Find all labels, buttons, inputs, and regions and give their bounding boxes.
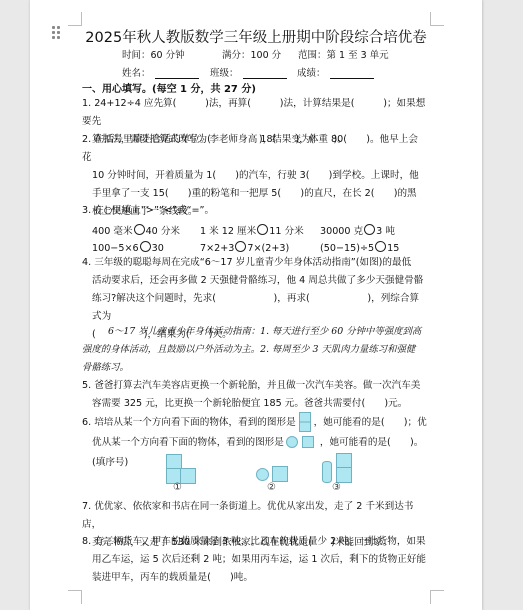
name-blank[interactable]: [155, 68, 199, 79]
compare-item-2: 1 米 12 厘米11 分米: [200, 223, 304, 237]
question-5-line-2: 容需要 325 元，比更换一个新轮胎便宜 185 元。爸爸共需要付( )元。: [82, 395, 427, 413]
question-6-line-2b: ，她可能看的是( )。: [320, 437, 423, 448]
compare-circle[interactable]: [257, 224, 268, 235]
question-4-line-1: 4. 三年级的聪聪每周在完成“6～17 岁儿童青少年身体活动指南”(如图)的最低: [82, 257, 411, 268]
name-label: 姓名：: [122, 68, 151, 79]
stacked-squares-view-icon: [299, 412, 311, 432]
question-8: 8. 有三辆货车，甲车的载质量是 3 吨，比乙车的载质量少 2 吨。一批货物，如…: [82, 533, 427, 587]
corner-mark-bottom-left: [68, 590, 82, 604]
compare-circle[interactable]: [235, 241, 246, 252]
figure-label-2: ②: [267, 482, 276, 493]
figure-3-cylinder-cubes-icon: [322, 453, 356, 485]
question-2-line-1: 2. 在括号里填上合适的单位。李老师身高 18( )，体重 80( )。他早上会…: [82, 134, 418, 163]
question-1-line-1: 1. 24+12÷4 应先算( )法，再算( )法，计算结果是( )；如果想要先: [82, 98, 425, 127]
document-page: 2025年秋人教版数学三年级上册期中阶段综合培优卷 时间：60 分钟 满分：10…: [30, 0, 482, 610]
corner-mark-top-left: [68, 12, 82, 26]
note-line-3: 骨骼练习。: [82, 359, 432, 377]
corner-mark-bottom-right: [430, 590, 444, 604]
grade-label: 成绩：: [297, 68, 326, 79]
exam-scope: 范围：第 1 至 3 单元: [298, 47, 389, 61]
question-6: 6. 培培从某一个方向看下面的物体，看到的图形是，她可能看的是( )；优 优从某…: [82, 412, 427, 473]
question-6-line-3: (填序号): [82, 453, 427, 473]
compare-circle[interactable]: [375, 241, 386, 252]
question-3-prompt: 3. 在○里填上“>”“<”或“=”。: [82, 202, 427, 220]
figure-1-cubes-icon: [166, 454, 206, 484]
question-8-line-2: 用乙车运，运 5 次后还剩 2 吨；如果用丙车运，运 1 次后，剩下的货物正好能: [82, 551, 427, 569]
activity-guideline-note: 6～17 岁儿童青少年身体活动指南：1. 每天进行至少 60 分钟中等强度到高 …: [82, 323, 432, 377]
corner-mark-top-right: [430, 12, 444, 26]
compare-circle[interactable]: [134, 224, 145, 235]
compare-item-6: (50−15)÷515: [320, 241, 399, 254]
class-label: 班级：: [210, 68, 239, 79]
section-heading-1: 一、用心填写。(每空 1 分，共 27 分): [82, 80, 256, 95]
exam-time: 时间：60 分钟: [122, 47, 185, 61]
grade-field[interactable]: 成绩：: [297, 65, 374, 79]
compare-item-1: 400 毫米40 分米: [92, 223, 180, 237]
question-5: 5. 爸爸打算去汽车美容店更换一个新轮胎，并且做一次汽车美容。做一次汽车美 容需…: [82, 377, 427, 413]
question-6-line-1b: ，她可能看的是( )；优: [314, 417, 427, 428]
note-line-1: 6～17 岁儿童青少年身体活动指南：1. 每天进行至少 60 分钟中等强度到高: [82, 323, 432, 341]
figure-label-3: ③: [332, 482, 341, 493]
compare-item-4: 100−5×630: [92, 241, 164, 254]
question-4-line-3: 练习?解决这个问题时，先求( )，再求( )，列综合算式为: [82, 290, 427, 326]
name-field[interactable]: 姓名：: [122, 65, 199, 79]
circle-view-icon: [286, 436, 298, 448]
exam-score: 满分：100 分: [222, 47, 281, 61]
question-7-line-1: 7. 优优家、依依家和书店在同一条街道上。优优从家出发，走了 2 千米到达书店，: [82, 501, 413, 530]
compare-circle[interactable]: [364, 224, 375, 235]
question-2-line-3: 手里拿了一支 15( )重的粉笔和一把厚 5( )的直尺，在长 2( )的黑: [82, 185, 427, 203]
question-6-line-1a: 6. 培培从某一个方向看下面的物体，看到的图形是: [82, 417, 296, 428]
class-field[interactable]: 班级：: [210, 65, 287, 79]
question-4-line-2: 活动要求后，还会再多做 2 天强健骨骼练习，他 4 周总共做了多少天强健骨骼: [82, 272, 427, 290]
question-6-line-2a: 优从某一个方向看下面的物体，看到的图形是: [92, 437, 284, 448]
compare-item-3: 30000 克3 吨: [320, 223, 395, 237]
question-8-line-3: 装进甲车，丙车的载质量是( )吨。: [82, 569, 427, 587]
note-line-2: 强度的身体活动，且鼓励以户外活动为主。2. 每周至少 3 天肌肉力量练习和强健: [82, 341, 432, 359]
question-8-line-1: 8. 有三辆货车，甲车的载质量是 3 吨，比乙车的载质量少 2 吨。一批货物，如…: [82, 536, 426, 547]
compare-circle[interactable]: [140, 241, 151, 252]
compare-item-5: 7×2+37×(2+3): [200, 241, 289, 254]
question-5-line-1: 5. 爸爸打算去汽车美容店更换一个新轮胎，并且做一次汽车美容。做一次汽车美: [82, 380, 420, 391]
figure-label-1: ①: [173, 482, 182, 493]
square-view-icon: [302, 436, 314, 448]
grade-blank[interactable]: [330, 68, 374, 79]
class-blank[interactable]: [243, 68, 287, 79]
question-2-line-2: 10 分钟时间，开着质量为 1( )的汽车，行驶 3( )到学校。上课时，他: [82, 167, 427, 185]
document-title: 2025年秋人教版数学三年级上册期中阶段综合培优卷: [30, 26, 482, 47]
